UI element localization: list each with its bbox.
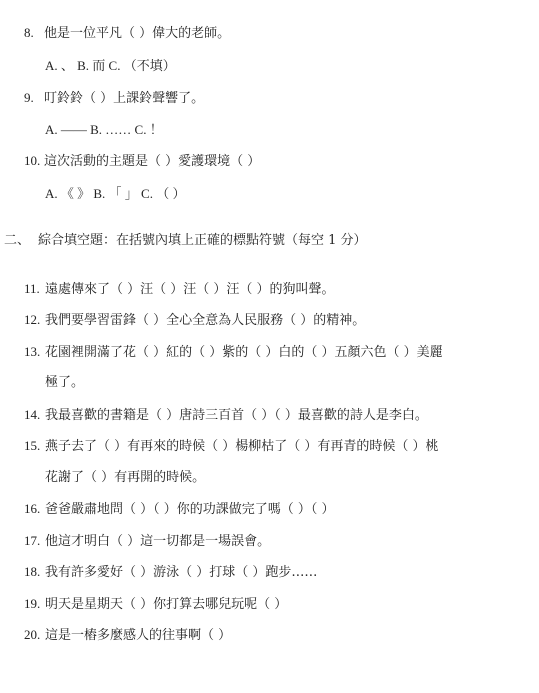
question-8: 8.他是一位平凡（ ）偉大的老師。 <box>24 24 230 43</box>
question-19: 19.明天是星期天（ ）你打算去哪兒玩呢（ ） <box>24 595 287 614</box>
question-text: 這是一樁多麼感人的往事啊（ ） <box>45 628 231 643</box>
question-9: 9.叮鈴鈴（ ）上課鈴聲響了。 <box>24 89 204 108</box>
question-15-continuation: 花謝了（ ）有再開的時候。 <box>45 469 205 487</box>
question-text: 這次活動的主題是（ ）愛護環境（ ） <box>44 154 260 169</box>
question-number: 13. <box>24 343 45 361</box>
question-number: 10. <box>24 152 44 170</box>
question-number: 17. <box>24 532 45 550</box>
question-text: 明天是星期天（ ）你打算去哪兒玩呢（ ） <box>45 597 287 612</box>
question-text: 他這才明白（ ）這一切都是一場誤會。 <box>45 534 270 549</box>
question-13-continuation: 極了。 <box>45 374 84 392</box>
question-9-options: A. —— B. …… C. ！ <box>45 121 163 139</box>
question-text: 我們要學習雷鋒（ ）全心全意為人民服務（ ）的精神。 <box>45 313 365 328</box>
question-12: 12.我們要學習雷鋒（ ）全心全意為人民服務（ ）的精神。 <box>24 311 365 330</box>
question-text: 叮鈴鈴（ ）上課鈴聲響了。 <box>44 91 204 106</box>
question-11: 11.遠處傳來了（ ）汪（ ）汪（ ）汪（ ）的狗叫聲。 <box>24 280 335 299</box>
question-text: 我有許多愛好（ ）游泳（ ）打球（ ）跑步…… <box>45 565 317 580</box>
question-text: 我最喜歡的書籍是（ ）唐詩三百首（ ）（ ）最喜歡的詩人是李白。 <box>45 408 428 423</box>
question-text: 爸爸嚴肅地問（ ）（ ）你的功課做完了嗎（ ）（ ） <box>45 502 335 517</box>
question-text: 花園裡開滿了花（ ）紅的（ ）紫的（ ）白的（ ）五顏六色（ ）美麗 <box>45 345 443 360</box>
question-13: 13.花園裡開滿了花（ ）紅的（ ）紫的（ ）白的（ ）五顏六色（ ）美麗 <box>24 343 443 362</box>
question-20: 20.這是一樁多麼感人的往事啊（ ） <box>24 626 231 645</box>
question-number: 19. <box>24 595 45 613</box>
question-16: 16.爸爸嚴肅地問（ ）（ ）你的功課做完了嗎（ ）（ ） <box>24 500 335 519</box>
question-number: 8. <box>24 24 44 42</box>
question-10: 10.這次活動的主題是（ ）愛護環境（ ） <box>24 152 260 171</box>
section-number: 二、 <box>4 232 38 250</box>
section-2-heading: 二、綜合填空題：在括號內填上正確的標點符號（每空 1 分） <box>4 232 367 250</box>
question-number: 20. <box>24 626 45 644</box>
question-number: 16. <box>24 500 45 518</box>
question-number: 15. <box>24 437 45 455</box>
question-text: 遠處傳來了（ ）汪（ ）汪（ ）汪（ ）的狗叫聲。 <box>45 282 335 297</box>
question-10-options: A. 《 》 B. 「 」 C. （ ） <box>45 185 185 203</box>
question-8-options: A. 、 B. 而 C. （不填） <box>45 57 176 75</box>
question-17: 17.他這才明白（ ）這一切都是一場誤會。 <box>24 532 270 551</box>
question-number: 18. <box>24 563 45 581</box>
question-number: 12. <box>24 311 45 329</box>
question-18: 18.我有許多愛好（ ）游泳（ ）打球（ ）跑步…… <box>24 563 317 582</box>
question-number: 9. <box>24 89 44 107</box>
question-text: 他是一位平凡（ ）偉大的老師。 <box>44 26 230 41</box>
question-14: 14.我最喜歡的書籍是（ ）唐詩三百首（ ）（ ）最喜歡的詩人是李白。 <box>24 406 428 425</box>
question-number: 11. <box>24 280 45 298</box>
question-15: 15.燕子去了（ ）有再來的時候（ ）楊柳枯了（ ）有再青的時候（ ）桃 <box>24 437 439 456</box>
question-number: 14. <box>24 406 45 424</box>
section-title: 綜合填空題：在括號內填上正確的標點符號（每空 1 分） <box>38 233 367 248</box>
question-text: 燕子去了（ ）有再來的時候（ ）楊柳枯了（ ）有再青的時候（ ）桃 <box>45 439 439 454</box>
